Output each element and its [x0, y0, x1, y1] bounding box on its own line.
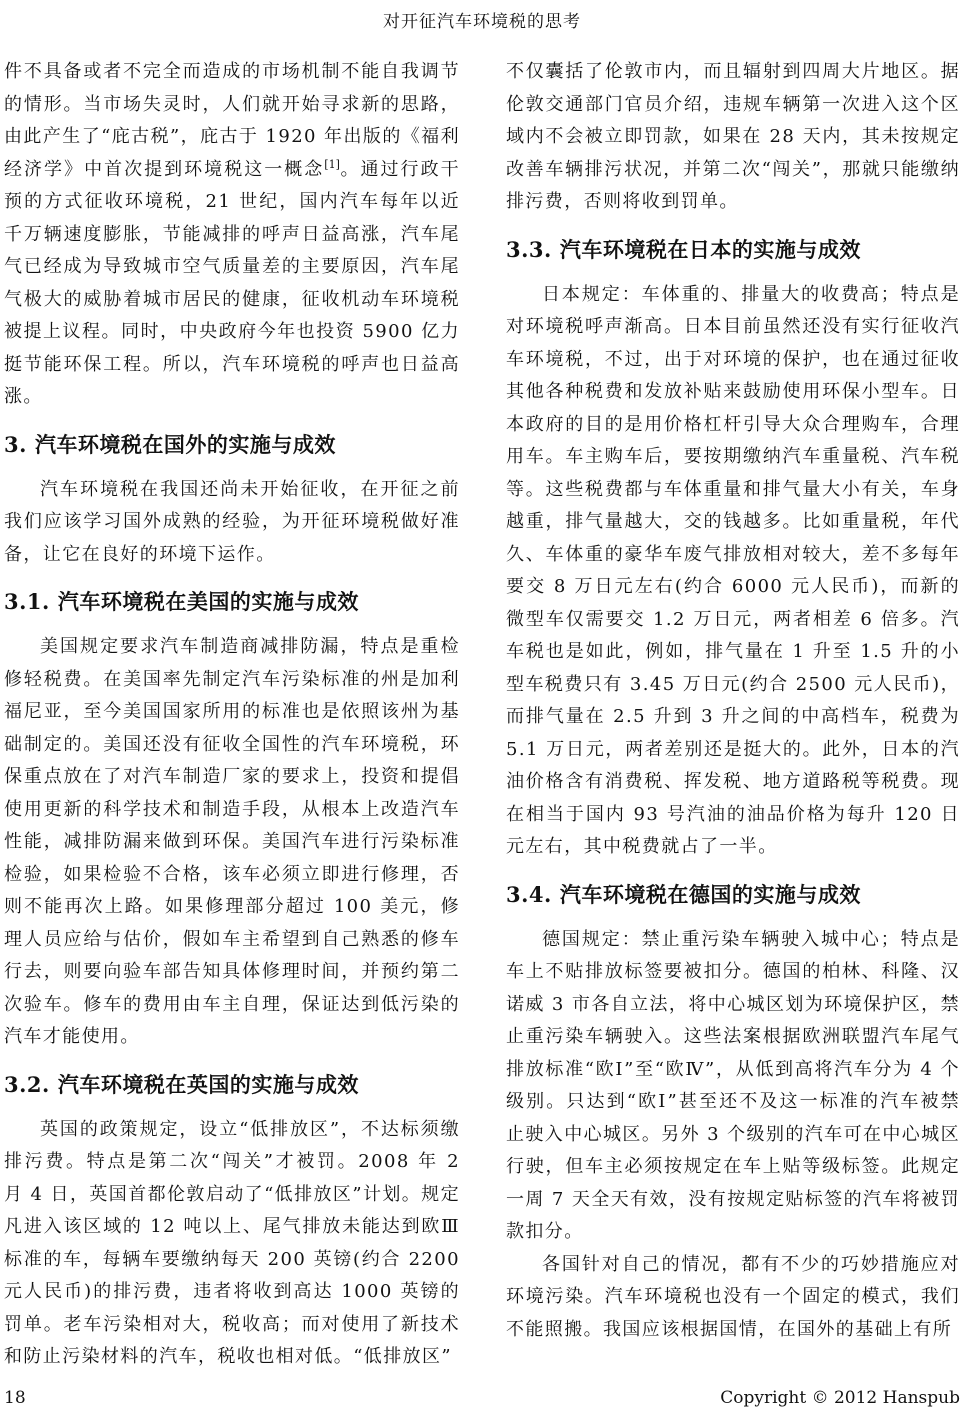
section-heading-3-3: 3.3.汽车环境税在日本的实施与成效	[506, 236, 960, 264]
two-column-body: 件不具备或者不完全而造成的市场机制不能自我调节的情形。当市场失灵时，人们就开始寻…	[0, 56, 964, 1374]
section-number: 3.3.	[506, 237, 552, 262]
paragraph-germany: 德国规定：禁止重污染车辆驶入城中心；特点是车上不贴排放标签要被扣分。德国的柏林、…	[506, 924, 960, 1249]
section-title: 汽车环境税在美国的实施与成效	[58, 590, 359, 614]
section-heading-3-1: 3.1.汽车环境税在美国的实施与成效	[4, 588, 460, 616]
running-title: 对开征汽车环境税的思考	[383, 12, 581, 32]
section-number: 3.4.	[506, 882, 552, 907]
section-number: 3.2.	[4, 1072, 50, 1097]
page-header: 对开征汽车环境税的思考	[0, 0, 964, 32]
right-column: 不仅囊括了伦敦市内，而且辐射到四周大片地区。据伦敦交通部门官员介绍，违规车辆第一…	[506, 56, 960, 1374]
paragraph-usa: 美国规定要求汽车制造商减排防漏，特点是重检修轻税费。在美国率先制定汽车污染标准的…	[4, 631, 460, 1054]
page-number: 18	[4, 1388, 26, 1408]
document-page: 对开征汽车环境税的思考 件不具备或者不完全而造成的市场机制不能自我调节的情形。当…	[0, 0, 964, 1414]
section-title: 汽车环境税在日本的实施与成效	[560, 238, 861, 262]
section-heading-3-4: 3.4.汽车环境税在德国的实施与成效	[506, 881, 960, 909]
section-number: 3.1.	[4, 589, 50, 614]
section-heading-3-2: 3.2.汽车环境税在英国的实施与成效	[4, 1071, 460, 1099]
section-number: 3.	[4, 432, 27, 457]
paragraph-summary: 各国针对自己的情况，都有不少的巧妙措施应对环境污染。汽车环境税也没有一个固定的模…	[506, 1249, 960, 1347]
section-heading-3: 3.汽车环境税在国外的实施与成效	[4, 431, 460, 459]
paragraph-uk: 英国的政策规定，设立“低排放区”，不达标须缴排污费。特点是第二次“闯关”才被罚。…	[4, 1114, 460, 1374]
copyright-notice: Copyright © 2012 Hanspub	[720, 1388, 960, 1408]
paragraph-uk-continued: 不仅囊括了伦敦市内，而且辐射到四周大片地区。据伦敦交通部门官员介绍，违规车辆第一…	[506, 56, 960, 219]
citation-ref-1: [1]	[324, 158, 340, 171]
paragraph-intro-abroad: 汽车环境税在我国还尚未开始征收，在开征之前我们应该学习国外成熟的经验，为开征环境…	[4, 474, 460, 572]
paragraph-japan: 日本规定：车体重的、排量大的收费高；特点是对环境税呼声渐高。日本目前虽然还没有实…	[506, 279, 960, 864]
paragraph-text: 。通过行政干预的方式征收环境税，21 世纪，国内汽车每年以近千万辆速度膨胀，节能…	[4, 159, 460, 408]
section-title: 汽车环境税在国外的实施与成效	[35, 433, 336, 457]
section-title: 汽车环境税在英国的实施与成效	[58, 1073, 359, 1097]
page-footer: 18 Copyright © 2012 Hanspub	[4, 1388, 960, 1408]
section-title: 汽车环境税在德国的实施与成效	[560, 883, 861, 907]
paragraph-market-failure: 件不具备或者不完全而造成的市场机制不能自我调节的情形。当市场失灵时，人们就开始寻…	[4, 56, 460, 414]
left-column: 件不具备或者不完全而造成的市场机制不能自我调节的情形。当市场失灵时，人们就开始寻…	[4, 56, 460, 1374]
